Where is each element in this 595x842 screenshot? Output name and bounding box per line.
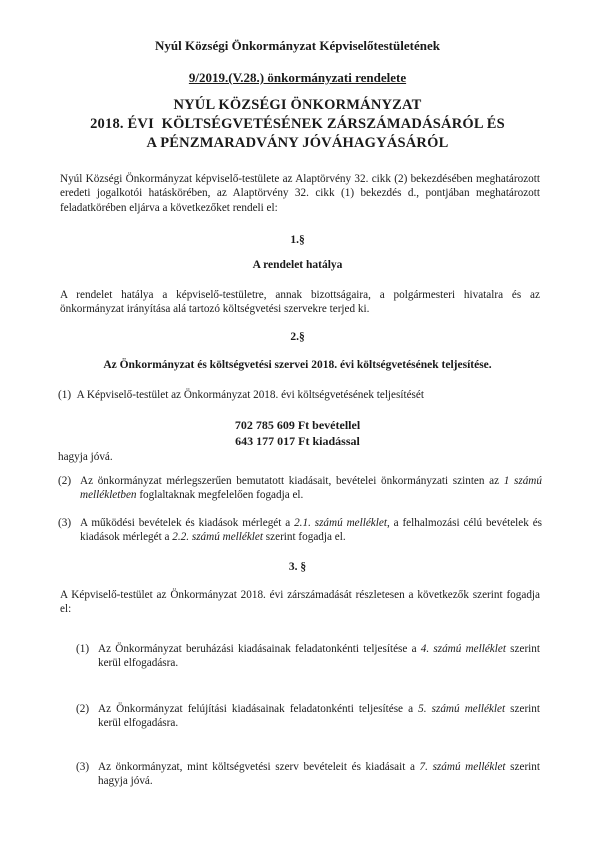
text-part: foglaltaknak megfelelően fogadja el. [137,489,304,501]
item-text: A Képviselő-testület az Önkormányzat 201… [77,389,424,401]
section-2-item-3: (3) A működési bevételek és kiadások mér… [58,516,542,545]
section-2-item-2: (2) Az önkormányzat mérlegszerűen bemuta… [58,474,542,503]
item-label: (1) [76,642,89,656]
text-part: Az Önkormányzat beruházási kiadásainak f… [98,643,421,655]
section-3-intro: A Képviselő-testület az Önkormányzat 201… [60,588,540,617]
item-1-closing: hagyja jóvá. [58,451,113,463]
item-label: (3) [76,760,89,774]
section-2-item-1: (1) A Képviselő-testület az Önkormányzat… [58,388,542,402]
text-part: szerint fogadja el. [263,531,346,543]
section-1-heading: A rendelet hatálya [0,259,595,271]
revenue-amount: 702 785 609 Ft bevétellel [0,417,595,433]
issuer-heading: Nyúl Községi Önkormányzat Képviselőtestü… [0,38,595,54]
section-3-item-1: (1) Az Önkormányzat beruházási kiadásain… [76,642,540,671]
section-2-heading: Az Önkormányzat és költségvetési szervei… [0,359,595,371]
title-line-3: A PÉNZMARADVÁNY JÓVÁHAGYÁSÁRÓL [0,134,595,153]
annex-reference: 5. számú melléklet [418,703,505,715]
annex-reference: 2.1. számú melléklet [294,517,387,529]
section-1-number: 1.§ [0,234,595,246]
text-part: Az önkormányzat mérlegszerűen bemutatott… [80,475,504,487]
document-title: NYÚL KÖZSÉGI ÖNKORMÁNYZAT 2018. ÉVI KÖLT… [0,96,595,153]
preamble: Nyúl Községi Önkormányzat képviselő-test… [60,172,540,215]
annex-reference: 7. számú melléklet [420,761,506,773]
section-3-item-2: (2) Az Önkormányzat felújítási kiadásain… [76,702,540,731]
expense-amount: 643 177 017 Ft kiadással [0,433,595,449]
section-2-number: 2.§ [0,331,595,343]
decree-number: 9/2019.(V.28.) önkormányzati rendelete [0,70,595,86]
section-3-item-3: (3) Az önkormányzat, mint költségvetési … [76,760,540,789]
annex-reference: 2.2. számú melléklet [172,531,263,543]
item-text: Az Önkormányzat beruházási kiadásainak f… [98,642,540,671]
title-line-2: 2018. ÉVI KÖLTSÉGVETÉSÉNEK ZÁRSZÁMADÁSÁR… [0,115,595,134]
annex-reference: 4. számú melléklet [421,643,506,655]
item-text: Az önkormányzat, mint költségvetési szer… [98,760,540,789]
amounts-block: 702 785 609 Ft bevétellel 643 177 017 Ft… [0,417,595,449]
section-1-body: A rendelet hatálya a képviselő-testületr… [60,288,540,317]
decree-number-text: 9/2019.(V.28.) önkormányzati rendelete [189,70,406,85]
text-part: Az önkormányzat, mint költségvetési szer… [98,761,420,773]
text-part: A működési bevételek és kiadások mérlegé… [80,517,294,529]
item-text: Az önkormányzat mérlegszerűen bemutatott… [80,474,542,503]
text-part: Az Önkormányzat felújítási kiadásainak f… [98,703,418,715]
item-label: (3) [58,516,71,530]
item-text: A működési bevételek és kiadások mérlegé… [80,516,542,545]
title-line-1: NYÚL KÖZSÉGI ÖNKORMÁNYZAT [0,96,595,115]
item-label: (1) [58,389,71,401]
item-label: (2) [76,702,89,716]
section-3-number: 3. § [0,561,595,573]
item-text: Az Önkormányzat felújítási kiadásainak f… [98,702,540,731]
item-label: (2) [58,474,71,488]
